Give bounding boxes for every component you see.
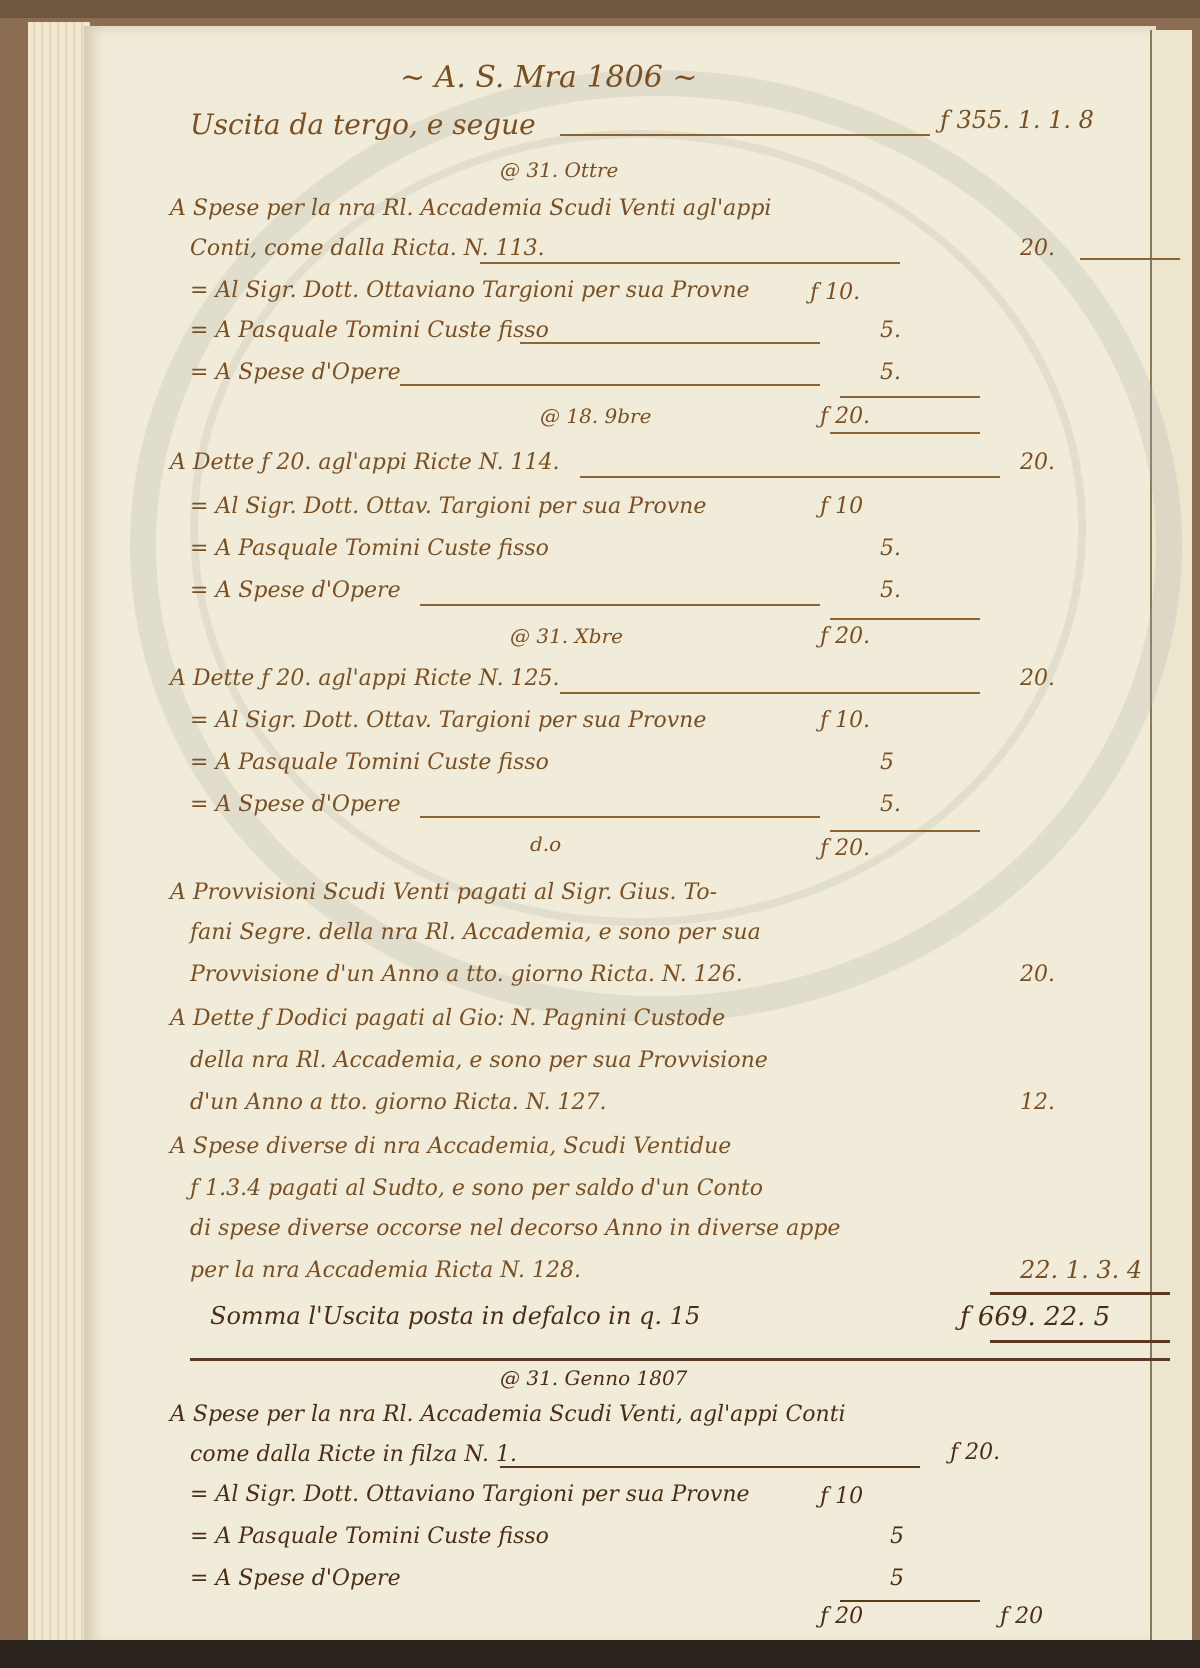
rule [840, 396, 980, 398]
item-line: = A Spese d'Opere [190, 792, 401, 817]
item-amount: 5. [880, 536, 901, 561]
entry-line: d'un Anno a tto. giorno Ricta. N. 127. [190, 1090, 607, 1115]
next-page-edge [1150, 30, 1192, 1648]
entry-amount: 20. [1020, 666, 1055, 691]
rule [840, 1600, 980, 1602]
item-amount: 5. [880, 360, 901, 385]
page-edges [28, 22, 90, 1652]
item-amount: ƒ 10. [820, 708, 870, 733]
entry-amount: 12. [1020, 1090, 1055, 1115]
section-date: @ 18. 9bre [540, 404, 651, 428]
subtotal: ƒ 20. [820, 624, 870, 649]
item-line: = A Pasquale Tomini Custe fisso [190, 750, 549, 775]
item-amount: 5 [880, 750, 894, 775]
item-line: = A Pasquale Tomini Custe fisso [190, 1524, 549, 1549]
item-amount: ƒ 10 [820, 1484, 863, 1509]
item-line: = A Spese d'Opere [190, 1566, 401, 1591]
section-date: @ 31. Xbre [510, 624, 623, 648]
rule [560, 134, 930, 136]
entry-amount: 20. [1020, 962, 1055, 987]
section-date: @ 31. Genno 1807 [500, 1366, 687, 1390]
page-heading: ~ A. S. Mra 1806 ~ [400, 60, 697, 95]
rule [990, 1340, 1170, 1343]
entry-line: A Spese per la nra Rl. Accademia Scudi V… [170, 1402, 846, 1427]
entry-line: per la nra Accademia Ricta N. 128. [190, 1258, 581, 1283]
entry-line: come dalla Ricte in filza N. 1. [190, 1442, 517, 1467]
rule [830, 432, 980, 434]
rule [830, 830, 980, 832]
section-divider [190, 1358, 1170, 1361]
right-total: ƒ 20 [1000, 1604, 1043, 1629]
item-amount: 5 [890, 1566, 904, 1591]
carry-forward-amount: ƒ 355. 1. 1. 8 [940, 106, 1094, 134]
item-amount: ƒ 10. [810, 280, 860, 305]
entry-line: A Provvisioni Scudi Venti pagati al Sigr… [170, 880, 717, 905]
rule [580, 476, 1000, 478]
sum-line-text: Somma l'Uscita posta in defalco in q. 15 [210, 1302, 700, 1330]
item-amount: 5 [890, 1524, 904, 1549]
entry-line: fani Segre. della nra Rl. Accademia, e s… [190, 920, 761, 945]
entry-line: ƒ 1.3.4 pagati al Sudto, e sono per sald… [190, 1176, 763, 1201]
item-line: = A Spese d'Opere [190, 578, 401, 603]
item-amount: 5. [880, 792, 901, 817]
entry-line: A Dette ƒ Dodici pagati al Gio: N. Pagni… [170, 1006, 725, 1031]
sum-amount: ƒ 669. 22. 5 [960, 1302, 1110, 1332]
rule [560, 692, 980, 694]
subtotal: ƒ 20 [820, 1604, 863, 1629]
rule [830, 618, 980, 620]
rule [1080, 258, 1180, 260]
entry-line: della nra Rl. Accademia, e sono per sua … [190, 1048, 768, 1073]
rule [990, 1292, 1170, 1295]
item-amount: ƒ 10 [820, 494, 863, 519]
entry-line: A Dette ƒ 20. agl'appi Ricte N. 114. [170, 450, 560, 475]
rule [480, 262, 900, 264]
carry-forward-text: Uscita da tergo, e segue [190, 108, 536, 141]
entry-line: di spese diverse occorse nel decorso Ann… [190, 1216, 840, 1241]
entry-amount: 20. [1020, 236, 1055, 261]
entry-line: A Dette ƒ 20. agl'appi Ricte N. 125. [170, 666, 560, 691]
entry-line: Conti, come dalla Ricta. N. 113. [190, 236, 545, 261]
entry-line: A Spese per la nra Rl. Accademia Scudi V… [170, 196, 771, 221]
item-line: = Al Sigr. Dott. Ottav. Targioni per sua… [190, 708, 706, 733]
item-line: = Al Sigr. Dott. Ottaviano Targioni per … [190, 1482, 750, 1507]
item-amount: 5. [880, 318, 901, 343]
background-bottom [0, 1640, 1200, 1668]
item-line: = A Pasquale Tomini Custe fisso [190, 318, 549, 343]
entry-amount: 20. [1020, 450, 1055, 475]
rule [400, 384, 820, 386]
entry-amount: ƒ 20. [950, 1440, 1000, 1465]
section-date: @ 31. Ottre [500, 158, 618, 182]
entry-amount: 22. 1. 3. 4 [1020, 1256, 1142, 1284]
rule [420, 816, 820, 818]
subtotal: ƒ 20. [820, 836, 870, 861]
item-line: = Al Sigr. Dott. Ottaviano Targioni per … [190, 278, 750, 303]
subtotal: ƒ 20. [820, 404, 870, 429]
book-cover-top [0, 0, 1200, 18]
rule [520, 342, 820, 344]
item-line: = A Pasquale Tomini Custe fisso [190, 536, 549, 561]
entry-line: Provvisione d'un Anno a tto. giorno Rict… [190, 962, 743, 987]
item-amount: 5. [880, 578, 901, 603]
item-line: = A Spese d'Opere [190, 360, 401, 385]
entry-line: A Spese diverse di nra Accademia, Scudi … [170, 1134, 731, 1159]
item-line: = Al Sigr. Dott. Ottav. Targioni per sua… [190, 494, 706, 519]
ditto-date: d.o [530, 832, 561, 856]
rule [420, 604, 820, 606]
rule [500, 1466, 920, 1468]
